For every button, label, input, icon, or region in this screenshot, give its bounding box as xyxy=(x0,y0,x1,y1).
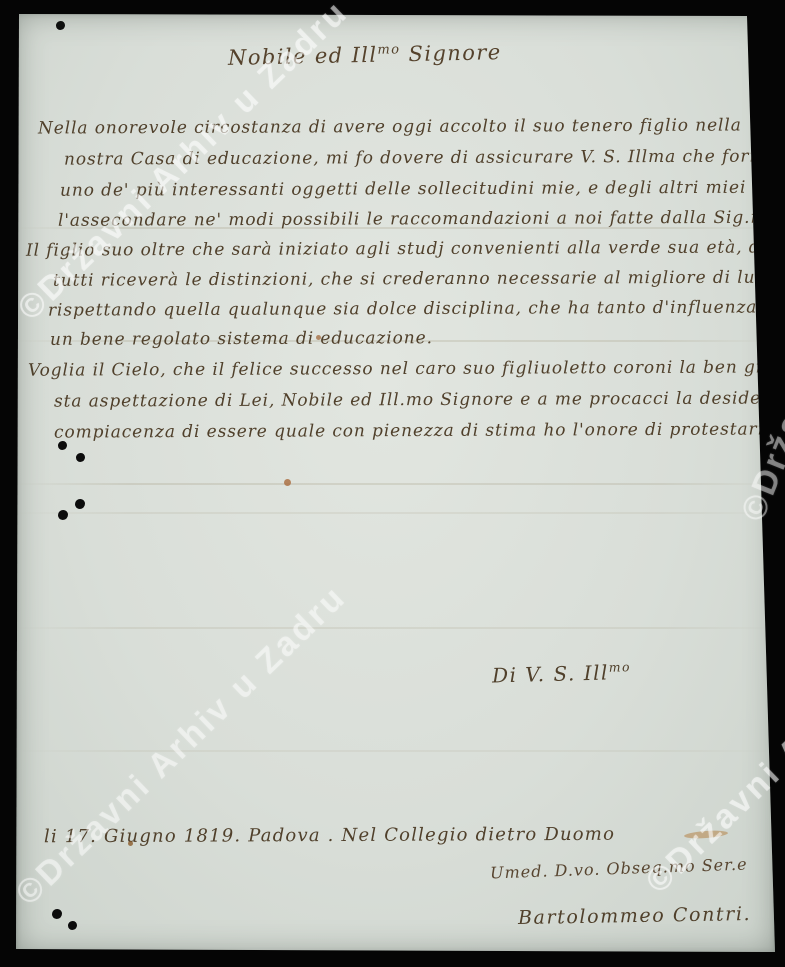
rust-fleck xyxy=(316,335,321,340)
body-line: un bene regolato sistema di educazione. xyxy=(50,328,433,350)
body-line: compiacenza di essere quale con pienezza… xyxy=(54,419,781,442)
salutation-text: Nobile ed Ill xyxy=(228,43,378,70)
ink-hole xyxy=(56,21,65,30)
body-line: uno de' più interessanti oggetti delle s… xyxy=(60,177,785,200)
fold-crease xyxy=(16,483,775,485)
letter-salutation: Nobile ed Illmo Signore xyxy=(228,40,502,70)
body-line: rispettando quella qualunque sia dolce d… xyxy=(48,297,782,320)
ink-hole xyxy=(52,909,62,919)
letter-valediction: Di V. S. Illmo xyxy=(492,659,632,687)
ink-hole xyxy=(58,510,68,520)
fold-crease xyxy=(16,512,775,514)
ink-hole xyxy=(76,453,85,462)
valediction-text: Di V. S. Ill xyxy=(492,660,609,687)
ink-hole xyxy=(68,921,77,930)
salutation-text-end: Signore xyxy=(400,40,502,66)
body-line: Voglia il Cielo, che il felice successo … xyxy=(28,357,785,380)
fold-crease xyxy=(16,627,775,629)
body-line: l'assecondare ne' modi possibili le racc… xyxy=(58,207,785,231)
valediction-superscript: mo xyxy=(609,659,632,675)
rust-fleck xyxy=(284,479,291,486)
rust-fleck xyxy=(128,841,133,846)
body-line: sta aspettazione di Lei, Nobile ed Ill.m… xyxy=(54,388,785,411)
body-line: nostra Casa di educazione, mi fo dovere … xyxy=(64,146,785,169)
fold-crease xyxy=(16,750,775,752)
letter-closing: Umed. D.vo. Obseq.mo Ser.e xyxy=(490,855,748,883)
letter-scan: Nobile ed Illmo Signore Nella onorevole … xyxy=(0,0,785,967)
body-line: Nella onorevole circostanza di avere ogg… xyxy=(38,115,742,138)
salutation-superscript: mo xyxy=(377,42,400,57)
body-line: Il figlio suo oltre che sarà iniziato ag… xyxy=(26,237,785,260)
body-line: tutti riceverà le distinzioni, che si cr… xyxy=(53,267,785,290)
ink-hole xyxy=(58,441,67,450)
ink-hole xyxy=(75,499,85,509)
ink-smudge xyxy=(684,829,728,839)
letter-paper: Nobile ed Illmo Signore Nella onorevole … xyxy=(16,13,775,953)
letter-signature: Bartolommeo Contri. xyxy=(518,903,752,929)
